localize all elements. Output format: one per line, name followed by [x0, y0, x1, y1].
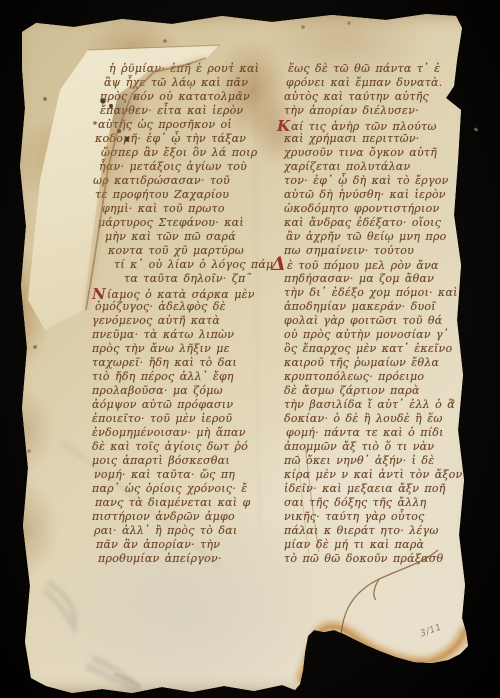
- text-line: κρυπτοπόλεως· πρόειμο: [284, 370, 474, 384]
- text-line: πανς τὰ διαμένεται καὶ φ: [92, 496, 288, 510]
- text-line: καὶ χρήμασι περιττῶν·: [284, 132, 474, 146]
- text-line: μοις ἀπαρτὶ βόσκεσθαι: [92, 454, 288, 468]
- text-line: πω σημαίνειν· τούτου: [284, 244, 474, 258]
- text-line: Νίαμος ὁ κατὰ σάρκα μὲν: [92, 286, 288, 300]
- text-line: προθυμίαν ἀπείργον·: [92, 552, 288, 566]
- line-text: καὶ ἄνδρας ἐδέξατο· οἵοις: [284, 216, 441, 229]
- line-text: μάρτυρος Στεφάνου· καὶ: [98, 216, 244, 229]
- text-line: ἂν ἀχρῆν τῶ θείῳ μνη προ: [284, 230, 474, 244]
- line-text: ἕως δὲ τῶ θῶ πάντα τ᾽ ἐ: [288, 62, 440, 75]
- line-text: φημὶ· καὶ τοῦ πρωτο: [102, 202, 225, 215]
- text-line: πάλαι κ θιεράτ ητο· λέγω: [284, 524, 474, 538]
- line-text: μίαν δὲ μή τι καὶ παρὰ: [284, 538, 424, 551]
- line-text: πανς τὰ διαμένεται καὶ φ: [95, 496, 251, 509]
- ghost-offset-mark-2: [86, 658, 136, 688]
- line-text: ἂψ ἦχε τῶ λάῳ καὶ πᾶν: [104, 76, 248, 89]
- ghost-offset-mark-1: [44, 582, 75, 628]
- text-line: δοκίαν· ὁ δὲ ἢ λουδὲ ἢ ἕω: [284, 412, 474, 426]
- text-line: τί κ᾽ οὐ λίαν ὁ λόγος πάμ: [92, 258, 288, 272]
- line-text: καὶ χρήμασι περιττῶν·: [284, 132, 420, 145]
- text-line: αὐτῆς ὡς προσῆκον οἰ: [92, 118, 288, 132]
- text-line: νικῆς· ταύτη γὰρ οὗτος: [284, 510, 474, 524]
- text-line: μὴν καὶ τῶν πῶ σαρά: [92, 230, 288, 244]
- line-text: τὴν δι᾽ ἐδέξο χομ πόμοι· καὶ: [284, 286, 458, 299]
- text-line: φολαὶ γὰρ φοιτῶσι τοῦ θά: [284, 314, 474, 328]
- text-line: τὴν ἀπορίαν διέλυσεν·: [284, 104, 474, 118]
- line-text: ραι· ἀλλ᾽ ἢ πρὸς τὸ δαι: [94, 524, 237, 537]
- line-text: χαρίζεται πολυτάλαν: [284, 160, 410, 173]
- line-text: παρ᾽ ὡς ὁρίοις χρόνοις· ἔ: [92, 482, 247, 495]
- line-text: κρυπτοπόλεως· πρόειμο: [284, 370, 424, 383]
- text-line: δὲ καὶ τοῖς ἁγίοις δωτ ῥό: [92, 440, 288, 454]
- line-text: τὸ πῶ θῶ δοκοῦν πράξασθ: [284, 552, 443, 565]
- text-line: αὐτῶ δὴ ἠνύσθη· καὶ ἱερὸν: [284, 188, 474, 202]
- text-line: κοδομῆ· ἐφ᾽ ᾧ τὴν τάξαν: [92, 132, 288, 146]
- left-text-column: ἡ ῥϋμίαν· ἐπῆ ἑ ρουτ̓ καὶἂψ ἦχε τῶ λάῳ κ…: [92, 62, 288, 566]
- line-text: πάλαι κ θιεράτ ητο· λέγω: [284, 524, 439, 537]
- line-text: σαι τῆς δόξης τῆς ἄλλη: [284, 496, 426, 509]
- line-text: ὥσπερ ἂν ἔξοι ὃν λά ποιρ: [101, 146, 257, 159]
- line-text: αὐτῆς ὡς προσῆκον οἰ: [98, 118, 232, 131]
- line-text: ἂν ἀχρῆν τῶ θείῳ μνη προ: [286, 230, 447, 243]
- line-text: ὠκοδόμητο φροντιστήριον: [284, 202, 439, 215]
- text-line: κοντα τοῦ χῦ μαρτύρω: [92, 244, 288, 258]
- text-line: τον· ἐφ᾽ ᾧ δὴ καὶ τὸ ἔργον: [284, 174, 474, 188]
- rubric-initial: Δ: [271, 259, 286, 269]
- line-text: πηδήσασαν· μα ζομ ἄθαν: [284, 272, 434, 285]
- line-text: ἧαν· μετάξοις ἁγίων τοὺ: [99, 160, 247, 173]
- line-text: νομή· καὶ ταῦτα· ὥς πη: [94, 468, 235, 481]
- text-line: κίρα μὲν ν καὶ ἀντὶ τὸν ἄξον: [284, 468, 474, 482]
- text-line: ἐνδομημένοισαν· μὴ ἅπαν: [92, 426, 288, 440]
- line-text: φολαὶ γὰρ φοιτῶσι τοῦ θά: [284, 314, 442, 327]
- line-text: ὃς ἔπαρχος μὲν κατ᾽ ἐκεῖνο: [284, 342, 452, 355]
- line-text: τὴν βασιλίδα ἴ αὐτ᾽ ἐλλ ὁ ἃ: [284, 398, 455, 411]
- text-line: ὥσπερ ἂν ἔξοι ὃν λά ποιρ: [92, 146, 288, 160]
- text-line: πῶ ὄκει νηνθ᾽ ἀξήν· ἰ δὲ: [284, 454, 474, 468]
- text-line: νομή· καὶ ταῦτα· ὥς πη: [92, 468, 288, 482]
- text-line: τὴν βασιλίδα ἴ αὐτ᾽ ἐλλ ὁ ἃ: [284, 398, 474, 412]
- text-line: ωρ κατιδρώσασαν· τοῦ: [92, 174, 288, 188]
- text-line: ἔπανθεν· εἶτα καὶ ἱερὸν: [92, 104, 288, 118]
- line-text: καιροῦ τῆς ῥωμαίων ἔθλα: [284, 356, 439, 369]
- ink-specks: [14, 10, 16, 12]
- text-line: τὴν δι᾽ ἐδέξο χομ πόμοι· καὶ: [284, 286, 474, 300]
- text-line: τε προφήτου Ζαχαρίου: [92, 188, 288, 202]
- text-line: Δὲ τοῦ πόμου μελ ρὸν ἄνα: [284, 258, 474, 272]
- line-text: πρὸς πόν οὐ κατατολμᾶν: [100, 90, 250, 103]
- line-text: τον· ἐφ᾽ ᾧ δὴ καὶ τὸ ἔργον: [284, 174, 449, 187]
- text-line: προλαβοῦσα· μα ζόμω: [92, 384, 288, 398]
- text-line: χρυσοῦν τινα ὄγκον αὐτῆ: [284, 146, 474, 160]
- text-line: ἀόμψον αὐτῶ πρόφασιν: [92, 398, 288, 412]
- line-text: προθυμίαν ἀπείργον·: [98, 552, 222, 565]
- line-text: ἀποδημίαν μακεράν· δυοῖ: [284, 300, 436, 313]
- line-text: κοδομῆ· ἐφ᾽ ᾧ τὴν τάξαν: [95, 132, 246, 145]
- line-text: ἐνδομημένοισαν· μὴ ἅπαν: [92, 426, 246, 439]
- line-text: τιὸ ἤδη πέρος ἀλλ᾽ ἔφη: [92, 370, 234, 383]
- line-text: χρυσοῦν τινα ὄγκον αὐτῆ: [284, 146, 437, 159]
- line-text: αὐτῶ δὴ ἠνύσθη· καὶ ἱερὸν: [284, 188, 446, 201]
- line-text: αὐτὸς καὶ ταύτην αὐτῆς: [284, 90, 429, 103]
- line-text: πρὸς τὴν ἄνω λῆξιν με: [92, 342, 230, 355]
- line-text: ωρ κατιδρώσασαν· τοῦ: [93, 174, 230, 187]
- text-line: ἕως δὲ τῶ θῶ πάντα τ᾽ ἐ: [284, 62, 474, 76]
- line-text: μοις ἀπαρτὶ βόσκεσθαι: [92, 454, 230, 467]
- photo-background: ἡ ῥϋμίαν· ἐπῆ ἑ ρουτ̓ καὶἂψ ἦχε τῶ λάῳ κ…: [0, 0, 500, 698]
- text-line: φημὶ· καὶ τοῦ πρωτο: [92, 202, 288, 216]
- line-text: οὐ πρὸς αὐτὴν μονοσίαν γ᾽: [284, 328, 449, 341]
- text-line: πᾶν ἂν ἀπορίαν· τὴν: [92, 538, 288, 552]
- tear-stain: [300, 627, 466, 682]
- rubric-initial: Κ: [277, 119, 290, 133]
- text-line: καιροῦ τῆς ῥωμαίων ἔθλα: [284, 356, 474, 370]
- line-text: ἡ ῥϋμίαν· ἐπῆ ἑ ρουτ̓ καὶ: [109, 62, 259, 75]
- text-line: οὐ πρὸς αὐτὴν μονοσίαν γ᾽: [284, 328, 474, 342]
- text-line: ἀποδημίαν μακεράν· δυοῖ: [284, 300, 474, 314]
- line-text: πνεῦμα· τὰ κάτω λιπὼν: [92, 328, 234, 341]
- text-line: τα ταῦτα δηλοῖν· ζπ῀: [92, 272, 288, 286]
- text-line: φρόνει καὶ ἔμπαν δυνατὰ.: [284, 76, 474, 90]
- text-line: ὁμόζυγος· ἀδελφὸς δὲ: [92, 300, 288, 314]
- line-text: προλαβοῦσα· μα ζόμω: [92, 384, 223, 397]
- line-text: ἀπομμῶν ἄξ τιὸ ὅ τι νὰν: [284, 440, 434, 453]
- text-line: χαρίζεται πολυτάλαν: [284, 160, 474, 174]
- line-text: πῶ ὄκει νηνθ᾽ ἀξήν· ἰ δὲ: [284, 454, 434, 467]
- text-line: ἧαν· μετάξοις ἁγίων τοὺ: [92, 160, 288, 174]
- text-line: ἀπομμῶν ἄξ τιὸ ὅ τι νὰν: [284, 440, 474, 454]
- line-text: νικῆς· ταύτη γὰρ οὗτος: [284, 510, 424, 523]
- ghost-offset-mark-3: [114, 674, 140, 686]
- tear-stain-inner: [300, 627, 466, 682]
- line-text: δοκίαν· ὁ δὲ ἢ λουδὲ ἢ ἕω: [284, 412, 443, 425]
- text-line: γενόμενος αὐτῆ κατὰ: [92, 314, 288, 328]
- line-text: πω σημαίνειν· τούτου: [284, 244, 414, 257]
- line-text: δὲ ἄσμω ζάρτιον παρὰ: [284, 384, 420, 397]
- line-text: πᾶν ἂν ἀπορίαν· τὴν: [96, 538, 220, 551]
- text-line: ὃς ἔπαρχος μὲν κατ᾽ ἐκεῖνο: [284, 342, 474, 356]
- line-text: μὴν καὶ τῶν πῶ σαρά: [105, 230, 236, 243]
- text-line: αὐτὸς καὶ ταύτην αὐτῆς: [284, 90, 474, 104]
- text-line: μάρτυρος Στεφάνου· καὶ: [92, 216, 288, 230]
- text-line: Καί τις ἀνὴρ τῶν πλούτω: [284, 118, 474, 132]
- line-text: τα ταῦτα δηλοῖν· ζπ῀: [124, 272, 251, 285]
- text-line: πρὸς πόν οὐ κατατολμᾶν: [92, 90, 288, 104]
- text-line: ὠκοδόμητο φροντιστήριον: [284, 202, 474, 216]
- line-text: φρόνει καὶ ἔμπαν δυνατὰ.: [286, 76, 442, 89]
- text-line: φομή· πάντα τε καὶ ὁ πίδι: [284, 426, 474, 440]
- text-line: πηδήσασαν· μα ζομ ἄθαν: [284, 272, 474, 286]
- line-text: ἰδεῖν· καὶ μεξαεια ἄξν ποῆ: [284, 482, 446, 495]
- text-line: ραι· ἀλλ᾽ ἢ πρὸς τὸ δαι: [92, 524, 288, 538]
- text-line: τιὸ ἤδη πέρος ἀλλ᾽ ἔφη: [92, 370, 288, 384]
- line-text: γενόμενος αὐτῆ κατὰ: [92, 314, 220, 327]
- line-text: τὴν ἀπορίαν διέλυσεν·: [284, 104, 419, 117]
- right-text-column: ἕως δὲ τῶ θῶ πάντα τ᾽ ἐφρόνει καὶ ἔμπαν …: [284, 62, 474, 566]
- manuscript-page: ἡ ῥϋμίαν· ἐπῆ ἑ ρουτ̓ καὶἂψ ἦχε τῶ λάῳ κ…: [14, 10, 476, 694]
- line-text: κίρα μὲν ν καὶ ἀντὶ τὸν ἄξον: [284, 468, 463, 481]
- text-line: πνεῦμα· τὰ κάτω λιπὼν: [92, 328, 288, 342]
- text-line: ἐποιεῖτο· τοῦ μὲν ἱεροῦ: [92, 412, 288, 426]
- line-text: ἔπανθεν· εἶτα καὶ ἱερὸν: [100, 104, 243, 117]
- line-text: τε προφήτου Ζαχαρίου: [95, 188, 229, 201]
- line-text: ἐποιεῖτο· τοῦ μὲν ἱεροῦ: [92, 412, 232, 425]
- text-line: μίαν δὲ μή τι καὶ παρὰ: [284, 538, 474, 552]
- line-text: ἀόμψον αὐτῶ πρόφασιν: [92, 398, 233, 411]
- line-text: τί κ᾽ οὐ λίαν ὁ λόγος πάμ: [114, 258, 273, 271]
- line-text: δὲ καὶ τοῖς ἁγίοις δωτ ῥό: [92, 440, 248, 453]
- line-text: ταχωρεῖ· ἤδη καὶ τὸ δαι: [92, 356, 237, 369]
- text-line: ἡ ῥϋμίαν· ἐπῆ ἑ ρουτ̓ καὶ: [92, 62, 288, 76]
- rubric-initial: Ν: [92, 287, 106, 301]
- text-line: τὸ πῶ θῶ δοκοῦν πράξασθ: [284, 552, 474, 566]
- text-line: ἰδεῖν· καὶ μεξαεια ἄξν ποῆ: [284, 482, 474, 496]
- line-text: ὲ τοῦ πόμου μελ ρὸν ἄνα: [287, 259, 439, 272]
- text-line: δὲ ἄσμω ζάρτιον παρὰ: [284, 384, 474, 398]
- text-line: παρ᾽ ὡς ὁρίοις χρόνοις· ἔ: [92, 482, 288, 496]
- text-line: πρὸς τὴν ἄνω λῆξιν με: [92, 342, 288, 356]
- text-line: ταχωρεῖ· ἤδη καὶ τὸ δαι: [92, 356, 288, 370]
- text-line: καὶ ἄνδρας ἐδέξατο· οἵοις: [284, 216, 474, 230]
- folio-annotation: 3/11: [419, 623, 443, 640]
- dust-speck: [474, 127, 479, 132]
- text-line: πιστήριον ἀνδρῶν ἀμφο: [92, 510, 288, 524]
- text-line: ἂψ ἦχε τῶ λάῳ καὶ πᾶν: [92, 76, 288, 90]
- text-line: σαι τῆς δόξης τῆς ἄλλη: [284, 496, 474, 510]
- line-text: κοντα τοῦ χῦ μαρτύρω: [108, 244, 244, 257]
- line-text: φομή· πάντα τε καὶ ὁ πίδι: [286, 426, 444, 439]
- line-text: ὁμόζυγος· ἀδελφὸς δὲ: [95, 300, 226, 313]
- line-text: πιστήριον ἀνδρῶν ἀμφο: [92, 510, 235, 523]
